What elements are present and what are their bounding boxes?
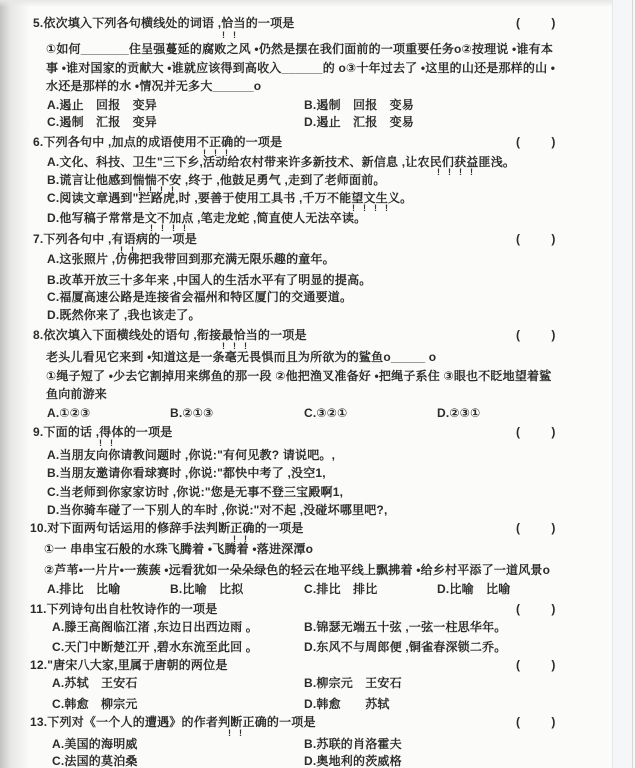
option-text: C.当老师到你家家访时 ,你说:"您是无事不登三宝殿啊1, — [47, 485, 343, 499]
question-line: 7.下列各句中 ,有语病的一项是 — [33, 232, 197, 246]
option-text: C.排比 排比 — [304, 582, 377, 596]
option-text: B.锦瑟无端五十弦 ,一弦一柱思华年。 — [304, 620, 506, 634]
option-text: D.②③① — [437, 406, 480, 420]
option-text: C.③②① — [304, 406, 347, 420]
option-text: B.柳宗元 王安石 — [304, 676, 402, 690]
question-body-line: ①绳子短了 •少去它割掉用来绑鱼的那一段 ②他把渔叉准备好 •把绳子系住 ③眼也… — [46, 369, 551, 383]
option-text: D.既然你来了 ,我也该走了。 — [47, 308, 201, 322]
emphasis-marks: !! — [222, 31, 244, 40]
scan-right-edge-line — [632, 0, 633, 768]
question-number: 12. — [30, 658, 47, 672]
question-title: 下列对《一个人的遭遇》的作者判断正确的一项是 — [47, 715, 315, 729]
question-number: 8. — [33, 328, 43, 342]
question-line: 9.下面的话 ,得体的一项是 — [33, 425, 173, 439]
answer-parens: ( ) — [516, 16, 556, 30]
question-line: 8.依次填入下面横线处的语句 ,衔接最恰当的一项是 — [33, 328, 307, 342]
option-text: B.遏制 回报 变易 — [304, 98, 414, 112]
answer-parens: ( ) — [516, 425, 556, 439]
question-number: 5. — [33, 16, 43, 30]
question-body-line: 老头儿看见它来到 •知道这是一条毫无畏惧而且为所欲为的鲨鱼o_____ o — [46, 350, 436, 364]
question-title: 对下面两句话运用的修辞手法判断正确的一项是 — [47, 521, 303, 535]
option-text: A.当朋友向你请教问题时 ,你说:"有何见教? 请说吧。, — [47, 448, 335, 462]
question-body-line: 鱼向前游来 — [46, 387, 107, 401]
option-text: A.遏止 回报 变异 — [47, 98, 157, 112]
question-line: 5.依次填入下列各句横线处的词语 ,恰当的一项是 — [33, 16, 295, 30]
option-text: D.比喻 比喻 — [437, 582, 510, 596]
question-line: 10.对下面两句话运用的修辞手法判断正确的一项是 — [30, 521, 304, 535]
emphasis-marks: !! — [228, 729, 250, 738]
emphasis-marks: !! — [99, 439, 121, 448]
question-number: 6. — [33, 135, 43, 149]
option-text: D.奥地利的茨威格 — [304, 754, 402, 768]
question-body-line: 事 •谁对国家的贡献大 •谁就应该得到高收入______的 o③十年过去了 •这… — [46, 61, 555, 75]
option-text: D.他写稿子常常是文不加点 ,笔走龙蛇 ,简直使人无法卒读。 — [47, 211, 366, 225]
question-number: 13. — [30, 715, 47, 729]
option-text: A.文化、科技、卫生"三下乡,活动给农村带来许多新技术、新信息 ,让农民们获益匪… — [47, 155, 515, 169]
answer-parens: ( ) — [516, 135, 556, 149]
option-text: A.苏轼 王安石 — [52, 676, 138, 690]
option-text: C.韩愈 柳宗元 — [52, 697, 138, 711]
answer-parens: ( ) — [516, 715, 556, 729]
question-title: 依次填入下面横线处的语句 ,衔接最恰当的一项是 — [43, 328, 306, 342]
option-text: A.①②③ — [47, 406, 90, 420]
option-text: B.②①③ — [170, 406, 213, 420]
option-text: B.苏联的肖洛霍夫 — [304, 737, 402, 751]
option-text: C.法国的莫泊桑 — [52, 754, 138, 768]
option-text: C.福厦高速公路是连接省会福州和特区厦门的交通要道。 — [47, 290, 352, 304]
question-body-line: ①如何_______住呈强蔓延的腐败之风 •仍然是摆在我们面前的一项重要任务o②… — [46, 42, 553, 56]
question-title: 依次填入下列各句横线处的词语 ,恰当的一项是 — [43, 16, 294, 30]
question-body-line: ①一 串串宝石般的水珠飞腾着 •飞腾着 •落进深潭o — [44, 542, 313, 556]
answer-parens: ( ) — [516, 602, 556, 616]
option-text: A.滕王高阁临江渚 ,东边日出西边雨 。 — [52, 620, 258, 634]
question-title: 下列各句中 ,有语病的一项是 — [43, 232, 196, 246]
option-text: D.当你骑车碰了一下别人的车时 ,你说:"对不起 ,没碰坏哪里吧?, — [47, 503, 388, 517]
option-text: C.阅读文章遇到"拦路虎,时 ,要善于使用工具书 ,千万不能望文生义。 — [47, 191, 412, 205]
question-body-line: 水还是那样的水 •情况并无多大______o — [46, 79, 261, 93]
option-text: D.遏止 汇报 变易 — [304, 115, 414, 129]
option-text: C.遏制 汇报 变异 — [47, 115, 157, 129]
question-line: 11.下列诗句出自杜牧诗作的一项是 — [30, 602, 217, 616]
option-text: A.这张照片 ,仿佛把我带回到那充满无限乐趣的童年。 — [47, 252, 335, 266]
question-line: 6.下列各句中 ,加点的成语使用不正确的一项是 — [33, 135, 282, 149]
option-text: B.谎言让他感到惴惴不安 ,终于 ,他鼓足勇气 ,走到了老师面前。 — [47, 173, 386, 187]
question-number: 11. — [30, 602, 47, 616]
option-text: D.韩愈 苏轼 — [304, 697, 390, 711]
option-text: B.改革开放三十多年来 ,中国人的生活水平有了明显的提高。 — [47, 273, 371, 287]
option-text: D.东风不与周郎便 ,铜雀春深锁二乔。 — [304, 640, 506, 654]
option-text: A.美国的海明威 — [52, 737, 138, 751]
question-number: 10. — [30, 521, 47, 535]
option-text: C.天门中断楚江开 ,碧水东流至此回 。 — [52, 640, 258, 654]
answer-parens: ( ) — [516, 521, 556, 535]
question-body-line: ②芦苇•一片片•一蔟蔟 •远看犹如一朵朵绿色的轻云在地平线上飘拂着 •给乡村平添… — [44, 563, 550, 577]
question-title: 下面的话 ,得体的一项是 — [43, 425, 172, 439]
answer-parens: ( ) — [516, 658, 556, 672]
question-title: 下列各句中 ,加点的成语使用不正确的一项是 — [43, 135, 282, 149]
scanned-test-paper: 5.依次填入下列各句横线处的词语 ,恰当的一项是( )!!①如何_______住… — [0, 0, 635, 768]
question-title: 下列诗句出自杜牧诗作的一项是 — [47, 602, 218, 616]
answer-parens: ( ) — [516, 232, 556, 246]
option-text: A.排比 比喻 — [47, 582, 120, 596]
question-line: 13.下列对《一个人的遭遇》的作者判断正确的一项是 — [30, 715, 316, 729]
emphasis-marks: !!!! — [437, 168, 481, 177]
option-text: B.比喻 比拟 — [170, 582, 243, 596]
answer-parens: ( ) — [516, 328, 556, 342]
question-line: 12."唐宋八大家,里属于唐朝的两位是 — [30, 658, 228, 672]
question-title: "唐宋八大家,里属于唐朝的两位是 — [47, 658, 227, 672]
question-number: 9. — [33, 425, 43, 439]
option-text: B.当朋友邀请你看球赛时 ,你说:"都快中考了 ,没空1, — [47, 466, 326, 480]
question-number: 7. — [33, 232, 43, 246]
